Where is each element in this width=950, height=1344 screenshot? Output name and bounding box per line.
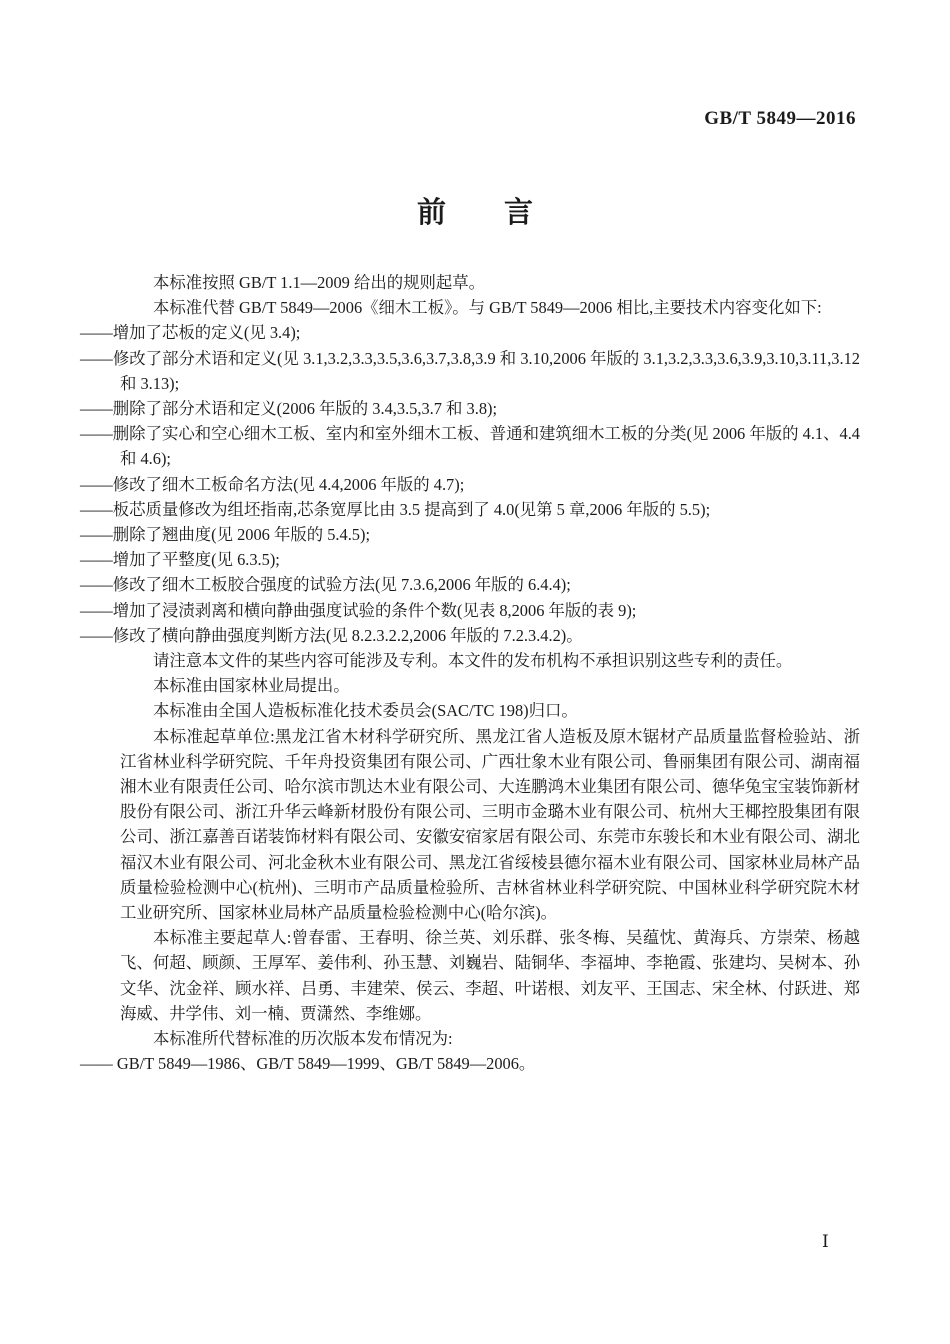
page-title: 前 言 bbox=[0, 190, 950, 231]
change-item: ——增加了芯板的定义(见 3.4); bbox=[120, 320, 860, 345]
change-item: ——修改了部分术语和定义(见 3.1,3.2,3.3,3.5,3.6,3.7,3… bbox=[120, 346, 860, 396]
change-item: ——删除了翘曲度(见 2006 年版的 5.4.5); bbox=[120, 522, 860, 547]
drafting-basis-paragraph: 本标准按照 GB/T 1.1—2009 给出的规则起草。 bbox=[120, 270, 860, 295]
change-item: ——增加了平整度(见 6.3.5); bbox=[120, 547, 860, 572]
replacement-paragraph: 本标准代替 GB/T 5849—2006《细木工板》。与 GB/T 5849—2… bbox=[120, 295, 860, 320]
history-intro-paragraph: 本标准所代替标准的历次版本发布情况为: bbox=[120, 1026, 860, 1051]
proposed-by-paragraph: 本标准由国家林业局提出。 bbox=[120, 673, 860, 698]
change-item: ——删除了部分术语和定义(2006 年版的 3.4,3.5,3.7 和 3.8)… bbox=[120, 396, 860, 421]
main-drafters-paragraph: 本标准主要起草人:曾春雷、王春明、徐兰英、刘乐群、张冬梅、吴蕴忱、黄海兵、方崇荣… bbox=[120, 925, 860, 1026]
change-item: ——删除了实心和空心细木工板、室内和室外细木工板、普通和建筑细木工板的分类(见 … bbox=[120, 421, 860, 471]
history-versions-item: —— GB/T 5849—1986、GB/T 5849—1999、GB/T 58… bbox=[120, 1051, 860, 1076]
drafting-organizations-paragraph: 本标准起草单位:黑龙江省木材科学研究所、黑龙江省人造板及原木锯材产品质量监督检验… bbox=[120, 724, 860, 926]
change-item: ——增加了浸渍剥离和横向静曲强度试验的条件个数(见表 8,2006 年版的表 9… bbox=[120, 598, 860, 623]
change-item: ——板芯质量修改为组坯指南,芯条宽厚比由 3.5 提高到了 4.0(见第 5 章… bbox=[120, 497, 860, 522]
foreword-content: 本标准按照 GB/T 1.1—2009 给出的规则起草。 本标准代替 GB/T … bbox=[120, 270, 860, 1077]
patent-note-paragraph: 请注意本文件的某些内容可能涉及专利。本文件的发布机构不承担识别这些专利的责任。 bbox=[120, 648, 860, 673]
change-item: ——修改了横向静曲强度判断方法(见 8.2.3.2.2,2006 年版的 7.2… bbox=[120, 623, 860, 648]
standards-document-page: { "header": { "doc_code": "GB/T 5849—201… bbox=[0, 0, 950, 1344]
page-number: Ⅰ bbox=[822, 1232, 829, 1252]
document-code: GB/T 5849—2016 bbox=[704, 108, 856, 130]
change-item: ——修改了细木工板胶合强度的试验方法(见 7.3.6,2006 年版的 6.4.… bbox=[120, 572, 860, 597]
centralized-by-paragraph: 本标准由全国人造板标准化技术委员会(SAC/TC 198)归口。 bbox=[120, 698, 860, 723]
change-item: ——修改了细木工板命名方法(见 4.4,2006 年版的 4.7); bbox=[120, 472, 860, 497]
